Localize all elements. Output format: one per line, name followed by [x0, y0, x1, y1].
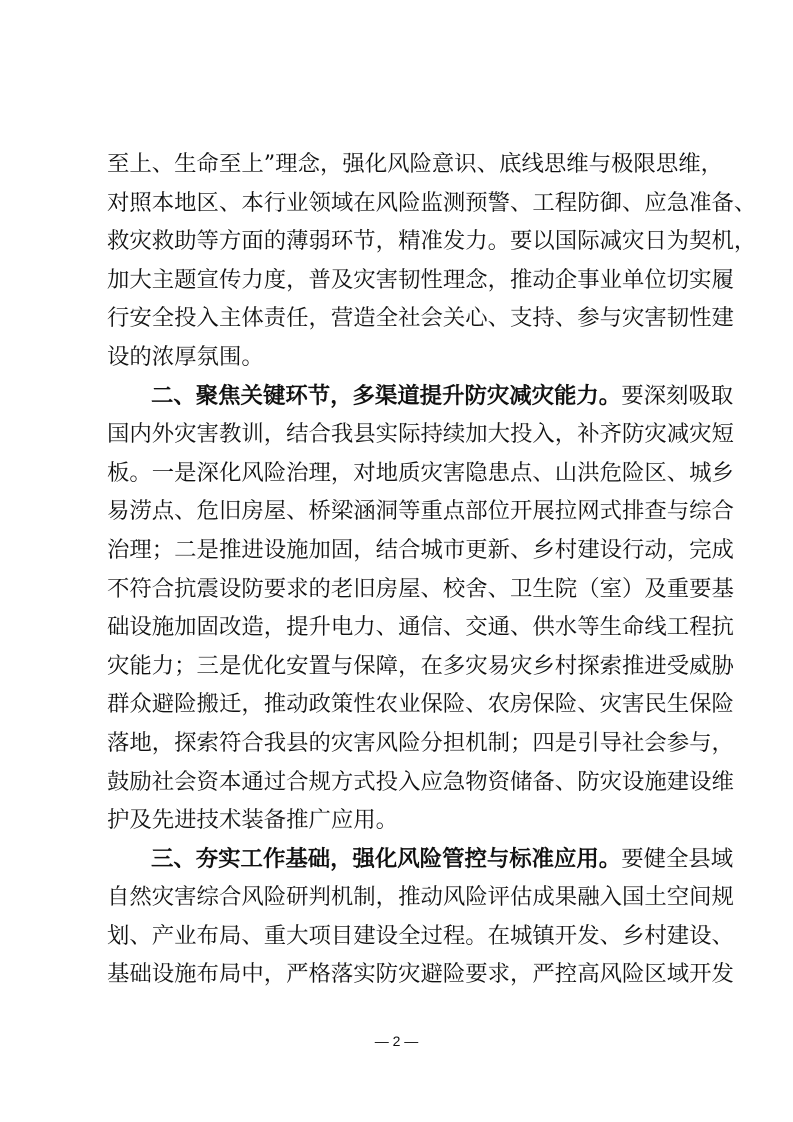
document-page: 至上、生命至上”理念，强化风险意识、底线思维与极限思维， 对照本地区、本行业领域… [0, 0, 793, 1122]
text-line: 群众避险搬迁，推动政策性农业保险、农房保险、灾害民生保险 [107, 685, 694, 724]
text-run: 要健全县域 [621, 846, 733, 872]
page-number: — 2 — [0, 1033, 793, 1049]
text-line: 落地，探索符合我县的灾害风险分担机制；四是引导社会参与， [107, 724, 694, 763]
paragraph-3: 三、夯实工作基础，强化风险管控与标准应用。要健全县域 自然灾害综合风险研判机制，… [107, 840, 694, 994]
paragraph-2: 二、聚焦关键环节，多渠道提升防灾减灾能力。要深刻吸取 国内外灾害教训，结合我县实… [107, 377, 694, 840]
text-line: 灾能力；三是优化安置与保障，在多灾易灾乡村探索推进受威胁 [107, 647, 694, 686]
text-line: 鼓励社会资本通过合规方式投入应急物资储备、防灾设施建设维 [107, 763, 694, 802]
text-line: 划、产业布局、重大项目建设全过程。在城镇开发、乡村建设、 [107, 917, 694, 956]
text-line: 设的浓厚氛围。 [107, 338, 694, 377]
text-run: 要深刻吸取 [621, 383, 733, 409]
text-line: 救灾救助等方面的薄弱环节，精准发力。要以国际减灾日为契机， [107, 222, 694, 261]
text-line: 对照本地区、本行业领域在风险监测预警、工程防御、应急准备、 [107, 184, 694, 223]
text-line: 护及先进技术装备推广应用。 [107, 801, 694, 840]
text-line: 治理；二是推进设施加固，结合城市更新、乡村建设行动，完成 [107, 531, 694, 570]
text-line: 行安全投入主体责任，营造全社会关心、支持、参与灾害韧性建 [107, 299, 694, 338]
text-line-with-heading: 二、聚焦关键环节，多渠道提升防灾减灾能力。要深刻吸取 [107, 377, 694, 416]
section-heading-2: 二、聚焦关键环节，多渠道提升防灾减灾能力。 [151, 383, 621, 409]
text-line: 不符合抗震设防要求的老旧房屋、校舍、卫生院（室）及重要基 [107, 570, 694, 609]
text-line-with-heading: 三、夯实工作基础，强化风险管控与标准应用。要健全县域 [107, 840, 694, 879]
text-line: 自然灾害综合风险研判机制，推动风险评估成果融入国土空间规 [107, 878, 694, 917]
text-line: 国内外灾害教训，结合我县实际持续加大投入，补齐防灾减灾短 [107, 415, 694, 454]
document-body: 至上、生命至上”理念，强化风险意识、底线思维与极限思维， 对照本地区、本行业领域… [107, 145, 694, 994]
text-line: 基础设施布局中，严格落实防灾避险要求，严控高风险区域开发 [107, 955, 694, 994]
text-line: 板。一是深化风险治理，对地质灾害隐患点、山洪危险区、城乡 [107, 454, 694, 493]
text-line: 易涝点、危旧房屋、桥梁涵洞等重点部位开展拉网式排查与综合 [107, 492, 694, 531]
section-heading-3: 三、夯实工作基础，强化风险管控与标准应用。 [151, 846, 621, 872]
paragraph-1: 至上、生命至上”理念，强化风险意识、底线思维与极限思维， 对照本地区、本行业领域… [107, 145, 694, 377]
text-line: 至上、生命至上”理念，强化风险意识、底线思维与极限思维， [107, 145, 694, 184]
text-line: 础设施加固改造，提升电力、通信、交通、供水等生命线工程抗 [107, 608, 694, 647]
text-line: 加大主题宣传力度，普及灾害韧性理念，推动企事业单位切实履 [107, 261, 694, 300]
